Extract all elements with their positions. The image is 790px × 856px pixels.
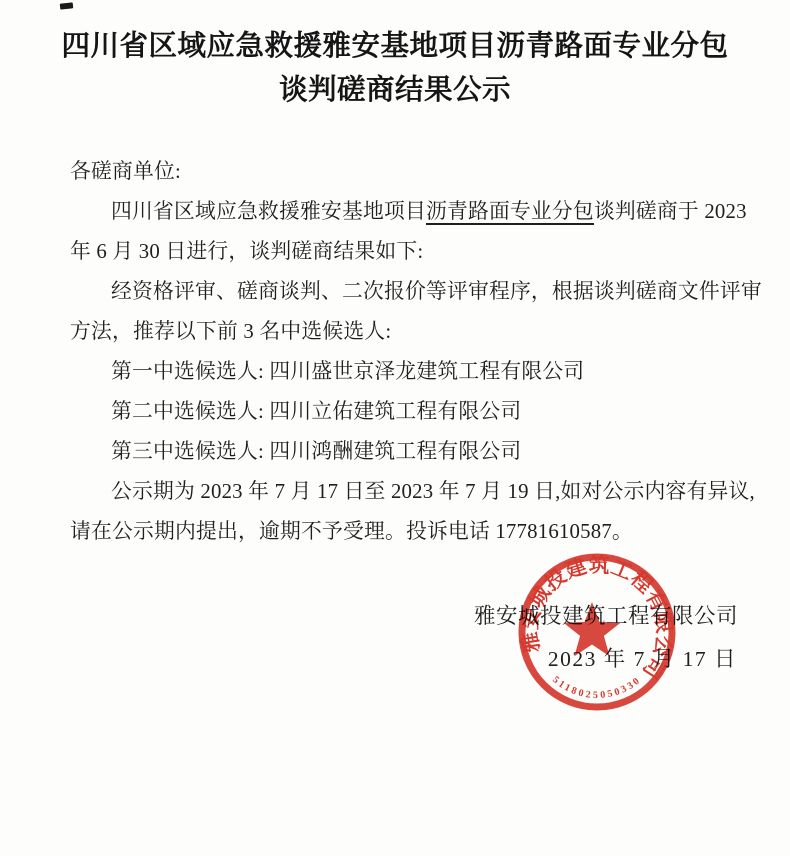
seal-star-icon: [564, 602, 621, 656]
title-line-1: 四川省区域应急救援雅安基地项目沥青路面专业分包: [0, 24, 790, 68]
scan-artifact-mark: [60, 2, 74, 9]
candidate-line-2: 第二中选候选人: 四川立佑建筑工程有限公司: [70, 392, 748, 432]
salutation: 各磋商单位:: [70, 152, 748, 192]
para1-text-post: 谈判磋商于 2023: [594, 200, 747, 223]
paragraph-2-line-1: 经资格评审、磋商谈判、二次报价等评审程序，根据谈判磋商文件评审: [70, 272, 748, 312]
document-page: 四川省区域应急救援雅安基地项目沥青路面专业分包 谈判磋商结果公示 各磋商单位: …: [0, 0, 790, 856]
paragraph-1-line-2: 年 6 月 30 日进行，谈判磋商结果如下:: [70, 232, 748, 272]
title-line-2: 谈判磋商结果公示: [0, 68, 790, 112]
official-seal: 雅安城投建筑工程有限公司 5118025050330: [515, 550, 679, 714]
paragraph-3-line-2: 请在公示期内提出，逾期不予受理。投诉电话 17781610587。: [70, 512, 748, 552]
candidate-line-3: 第三中选候选人: 四川鸿酬建筑工程有限公司: [70, 432, 748, 472]
paragraph-1-line-1: 四川省区域应急救援雅安基地项目沥青路面专业分包谈判磋商于 2023: [70, 192, 748, 232]
para1-underlined-phrase: 沥青路面专业分包: [426, 200, 594, 225]
document-body: 各磋商单位: 四川省区域应急救援雅安基地项目沥青路面专业分包谈判磋商于 2023…: [70, 152, 748, 552]
document-title: 四川省区域应急救援雅安基地项目沥青路面专业分包 谈判磋商结果公示: [0, 24, 790, 112]
candidate-line-1: 第一中选候选人: 四川盛世京泽龙建筑工程有限公司: [70, 352, 748, 392]
paragraph-3-line-1: 公示期为 2023 年 7 月 17 日至 2023 年 7 月 19 日,如对…: [70, 472, 748, 512]
para1-text-pre: 四川省区域应急救援雅安基地项目: [111, 200, 426, 223]
paragraph-2-line-2: 方法，推荐以下前 3 名中选候选人:: [70, 312, 748, 352]
